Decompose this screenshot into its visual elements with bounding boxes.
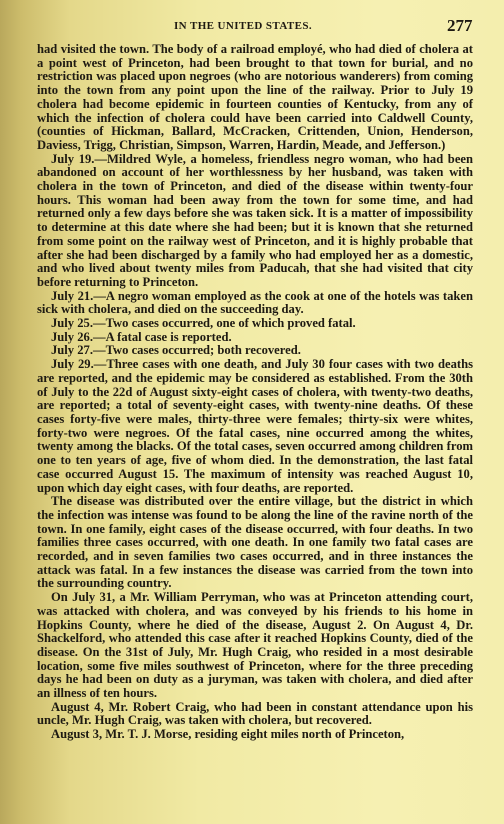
- paragraph-morse: August 3, Mr. T. J. Morse, residing eigh…: [37, 728, 473, 742]
- paragraph-july-25: July 25.—Two cases occurred, one of whic…: [37, 317, 473, 331]
- running-head: IN THE UNITED STATES.: [174, 20, 312, 32]
- body-text: had visited the town. The body of a rail…: [37, 43, 473, 742]
- paragraph-july-21: July 21.—A negro woman employed as the c…: [37, 290, 473, 317]
- paragraph-july-19: July 19.—Mildred Wyle, a homeless, frien…: [37, 153, 473, 290]
- paragraph-july-26: July 26.—A fatal case is reported.: [37, 331, 473, 345]
- paragraph-july-27: July 27.—Two cases occurred; both recove…: [37, 344, 473, 358]
- page-number: 277: [447, 16, 473, 36]
- paragraph-perryman: On July 31, a Mr. William Perryman, who …: [37, 591, 473, 701]
- paragraph-distribution: The disease was distributed over the ent…: [37, 495, 473, 591]
- paragraph-july-29: July 29.—Three cases with one death, and…: [37, 358, 473, 495]
- paragraph-continued: had visited the town. The body of a rail…: [37, 43, 473, 153]
- page-header: IN THE UNITED STATES. 277: [0, 18, 504, 38]
- paragraph-robert-craig: August 4, Mr. Robert Craig, who had been…: [37, 701, 473, 728]
